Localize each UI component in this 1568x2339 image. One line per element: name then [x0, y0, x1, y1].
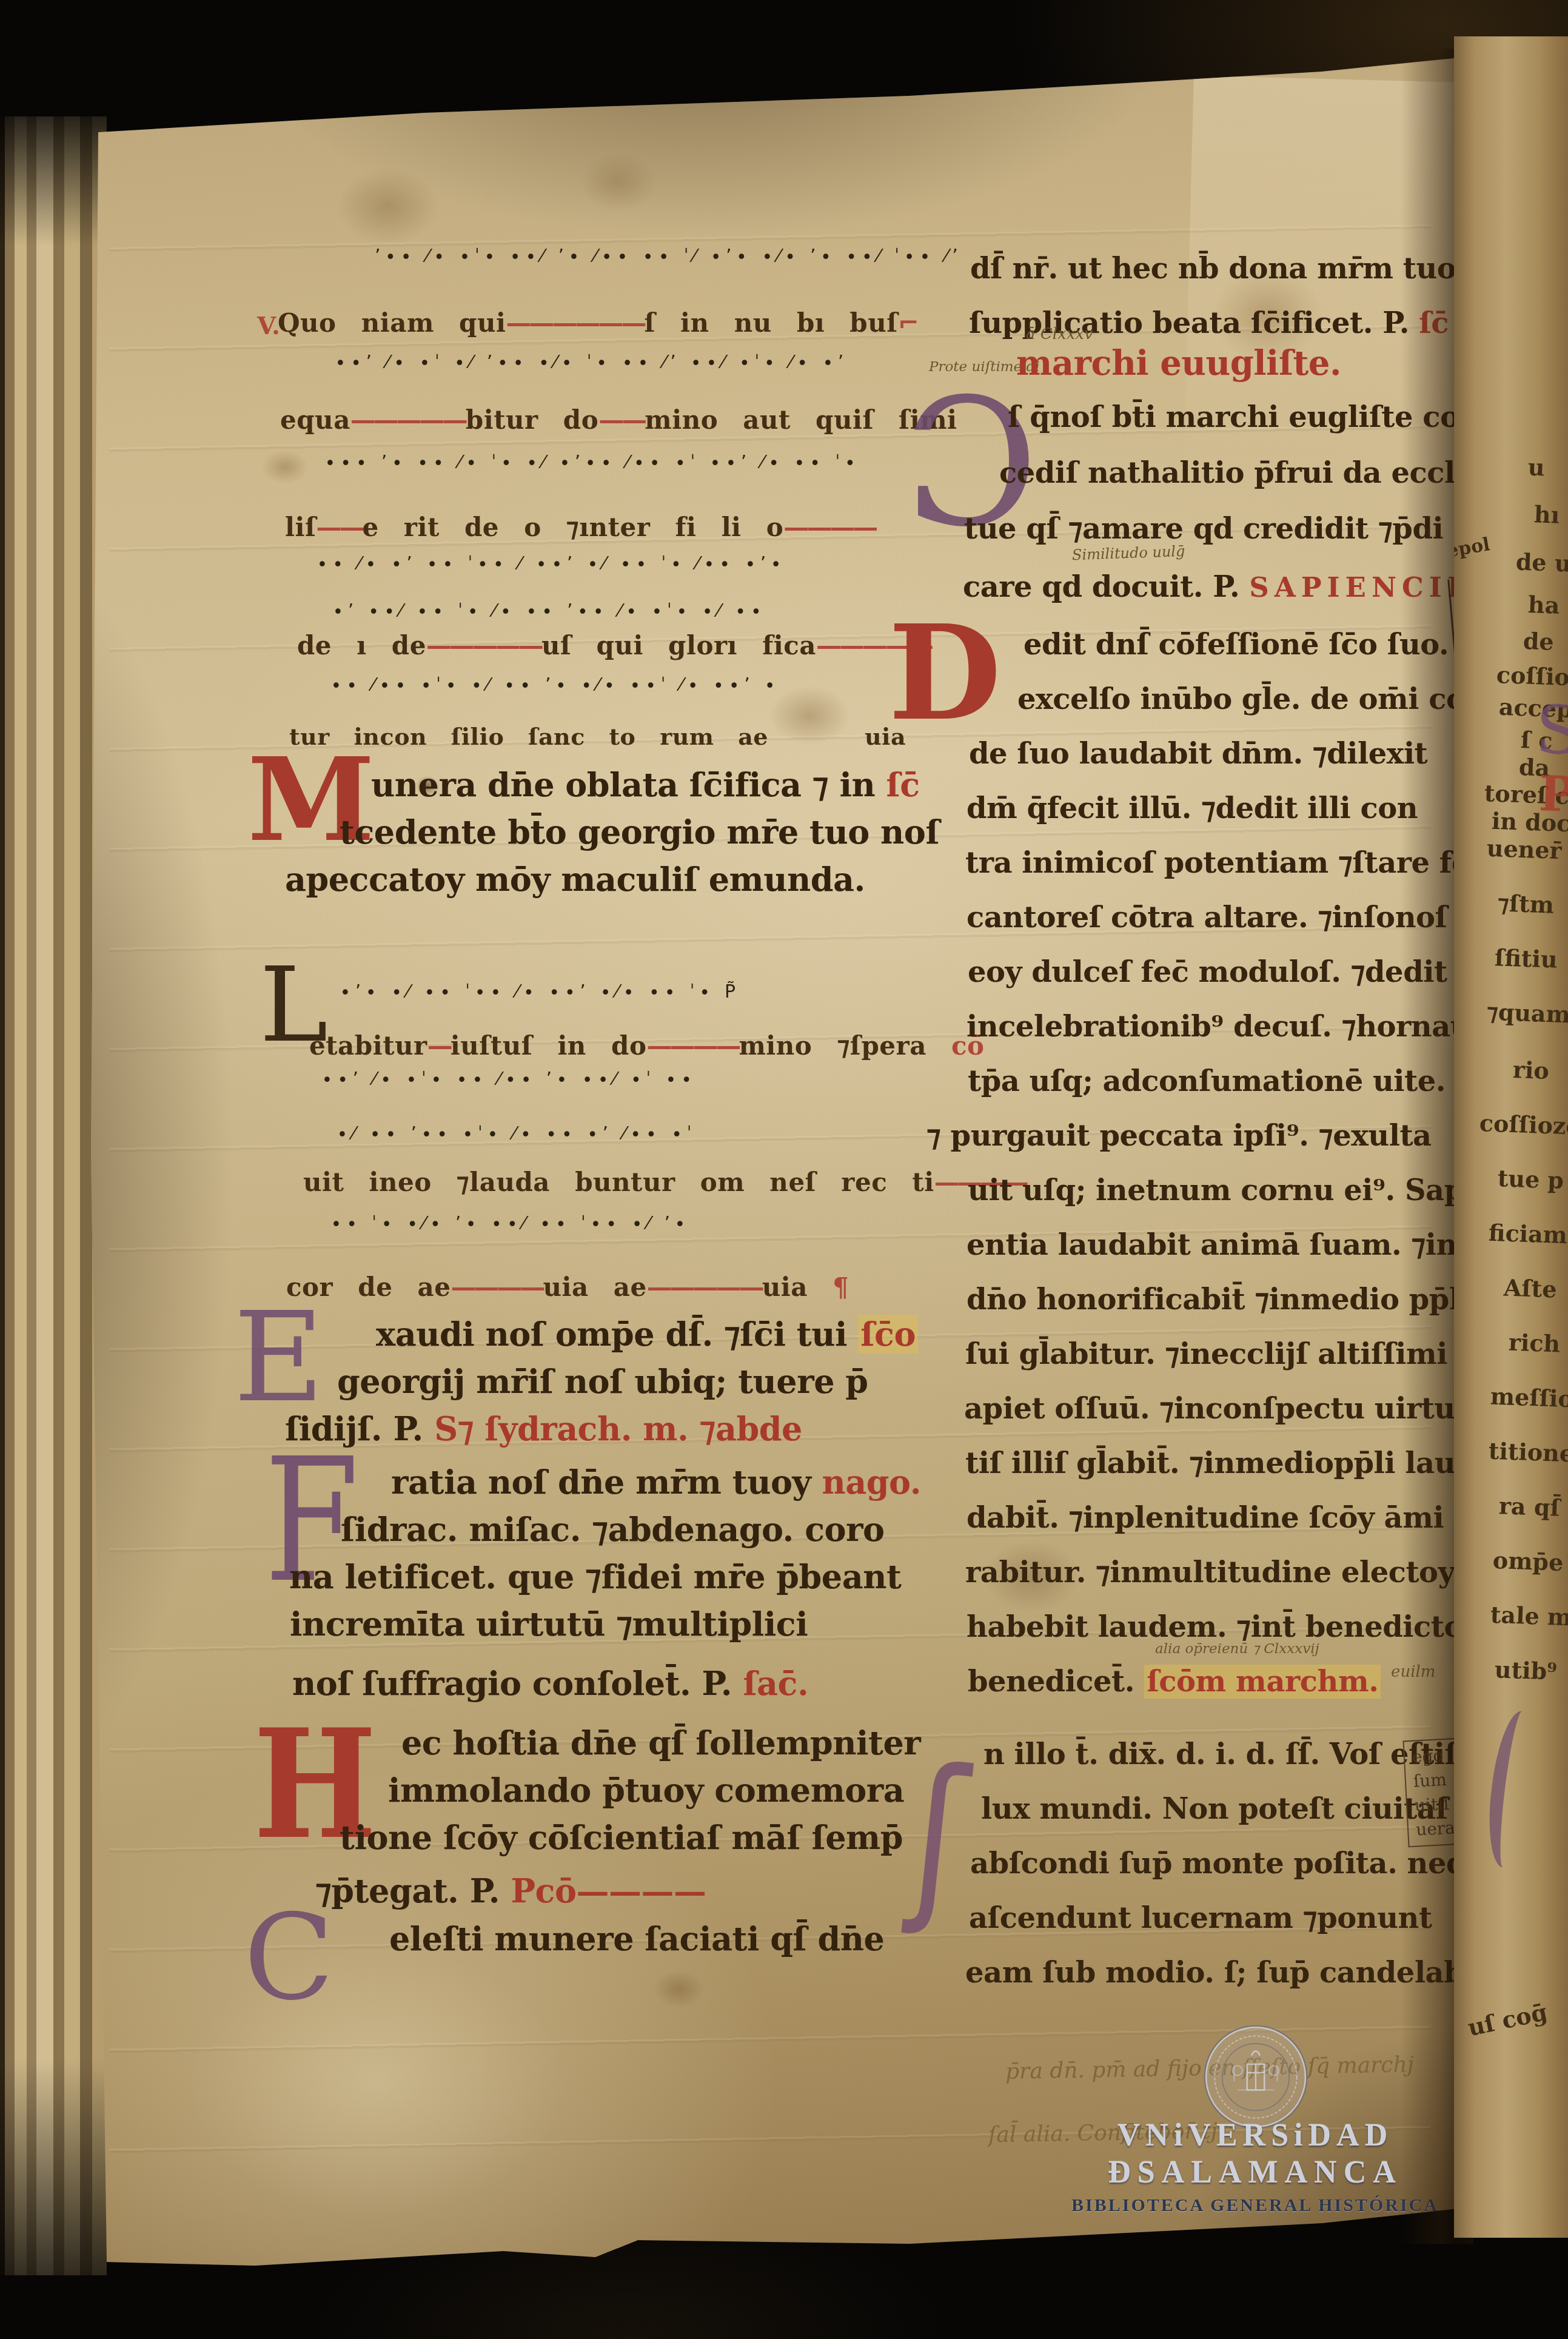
red-filler: —— — [598, 405, 645, 435]
red-filler: —————— — [506, 308, 644, 338]
lesson-line: eoy dulceſ fec̄ moduloſ. ⁊dedit — [968, 955, 1447, 989]
folio-initial-s: S — [1534, 691, 1568, 770]
chant-lyric-line: equa—————bitur do——mino aut quiſ ſimi — [280, 405, 957, 435]
folio-fragment: ⁊ſtm — [1497, 889, 1555, 918]
neume-line: ∙∙ʼ ⁄∙ ∙ˈ ∙⁄ ʼ∙∙ ∙⁄∙ ˈ∙ ∙∙ ⁄ʼ ∙∙⁄ ∙ˈ∙ ⁄∙… — [335, 352, 848, 373]
neume-line: ʼ∙∙ ⁄∙ ∙ˈ∙ ∙∙⁄ ʼ∙ ⁄∙∙ ∙∙ ˈ⁄ ∙ʼ∙ ∙⁄∙ ʼ∙ ∙… — [375, 246, 962, 267]
red-filler: ———— — [783, 512, 876, 542]
folio-fragment: hı — [1533, 500, 1560, 528]
lesson-line: benedicet̄. ſcōm marchm. — [968, 1665, 1381, 1699]
lesson-line: habebit laudem. ⁊int̄ benedictoſ — [967, 1610, 1475, 1644]
neume-line: ∙ʼ ∙∙⁄ ∙∙ ˈ∙ ⁄∙ ∙∙ ʼ∙∙ ⁄∙ ∙ˈ∙ ∙⁄ ∙∙ — [332, 600, 766, 622]
prayer-line: tcedente bt̄o georgio mr̄e tuo noſ — [340, 813, 939, 851]
initial-e: E — [233, 1310, 324, 1407]
red-filler: —— — [316, 512, 362, 542]
prayer-line: ⁊p̄tegat. P. Pcō———— — [315, 1871, 706, 1910]
gospel-line: lux mundi. Non poteſt ciuitaſ — [981, 1792, 1448, 1826]
folio-fragment: utib⁹ — [1494, 1656, 1557, 1685]
lesson-line: dn̄o honorificabit̄ ⁊inmedio pp̄li — [967, 1283, 1470, 1317]
prayer-line: tue qſ̄ ⁊amare qd credidit ⁊p̄di — [964, 512, 1443, 546]
stamp-library-line: BIBLIOTECA GENERAL HISTÓRICA — [1067, 2195, 1443, 2216]
lesson-line: rabitur. ⁊inmultitudine electoy — [965, 1555, 1455, 1589]
folio-fragment: de u — [1515, 548, 1568, 577]
prayer-line: immolando p̄tuoy comemora — [388, 1771, 904, 1810]
prayer-text: ratia noſ dn̄e mr̄m tuoy — [391, 1463, 811, 1502]
rubric: S⁊ ſydrach. m. ⁊abde — [434, 1409, 802, 1448]
chant-lyric-line: tur incon ſilio ſanc to rum ae uia — [289, 723, 906, 750]
lyric-text: etabitur — [309, 1031, 427, 1061]
folio-initial-flourish — [1482, 1708, 1536, 1869]
rubric: ſc̄ — [886, 765, 920, 804]
lesson-line: dm̄ q̄fecit illū. ⁊dedit illi con — [967, 791, 1418, 825]
prayer-text: ⁊p̄tegat. P. — [315, 1871, 500, 1910]
folio-fragment: meſſio — [1490, 1383, 1568, 1413]
prayer-line: ratia noſ dn̄e mr̄m tuoy nago. — [391, 1463, 921, 1502]
gospel-line: aſcendunt lucernam ⁊ponunt — [969, 1901, 1432, 1935]
folio-fragment: ra qſ̄ — [1498, 1492, 1560, 1521]
lyric-text: uia — [762, 1272, 808, 1302]
red-filler: ⌐ — [898, 308, 917, 338]
rubric: ¶ — [833, 1272, 849, 1302]
red-filler: ————— — [426, 631, 541, 660]
prayer-line: care qd docuit. P. SAPIENCIE — [963, 570, 1473, 604]
university-seal-icon — [1202, 2023, 1310, 2131]
lyric-text: uit ineo ⁊lauda buntur om neſ rec ti — [303, 1167, 934, 1197]
red-filler: — — [427, 1031, 451, 1061]
lyric-text: uia ae — [543, 1272, 646, 1302]
folio-fragment: ficiam — [1488, 1219, 1568, 1249]
prayer-line: ſidijſ. P. S⁊ ſydrach. m. ⁊abde — [285, 1409, 802, 1448]
lyric-text: uſ qui glorı fica — [541, 631, 816, 660]
neume-line: ∙⁄ ∙∙ ʼ∙∙ ∙ˈ∙ ⁄∙ ∙∙ ∙ʼ ⁄∙∙ ∙ˈ — [337, 1123, 696, 1144]
prayer-line: incremīta uirtutū ⁊multiplici — [290, 1605, 808, 1643]
lyric-text: Quo niam qui — [278, 308, 506, 338]
lyric-text: liſ — [285, 512, 316, 542]
initial-d: D — [888, 622, 1001, 724]
prayer-text: care qd docuit. P. — [963, 570, 1239, 604]
manuscript-photo: ʼ∙∙ ⁄∙ ∙ˈ∙ ∙∙⁄ ʼ∙ ⁄∙∙ ∙∙ ˈ⁄ ∙ʼ∙ ∙⁄∙ ʼ∙ ∙… — [0, 0, 1568, 2339]
next-folio-edge: epol u hı de u ha de coſſio accep ſ c da… — [1454, 36, 1568, 2238]
prayer-line: dſ̄ nr̄. ut hec nb̄ dona mr̄m tuoy — [970, 252, 1473, 286]
prayer-text: unera dn̄e oblata ſc̄ifica ⁊ in — [371, 765, 875, 804]
red-filler: ————— — [647, 1272, 762, 1302]
rubric: Pcō———— — [511, 1871, 706, 1910]
versus-mark: V. — [257, 312, 280, 340]
lesson-line: ⁊ purgauit peccata ipſi⁹. ⁊exulta — [926, 1119, 1432, 1153]
red-filler: ———— — [451, 1272, 543, 1302]
neume-line: ∙∙ ˈ∙ ∙⁄∙ ʼ∙ ∙∙⁄ ∙∙ ˈ∙∙ ∙⁄ ʼ∙ — [330, 1213, 690, 1234]
lesson-text: benedicet̄. — [968, 1665, 1134, 1699]
folio-fragment: uſ coḡ — [1466, 1998, 1550, 2042]
folio-fragment: rio — [1512, 1056, 1549, 1084]
prayer-line: tione ſcōy cōſcientiaſ māſ ſemp̄ — [340, 1818, 903, 1857]
red-filler: ———— — [646, 1031, 739, 1061]
prayer-text: xaudi noſ omp̄e dſ̄. ⁊ſc̄i tui — [376, 1315, 847, 1354]
lesson-line: cantoreſ cōtra altare. ⁊inſonoſ — [967, 901, 1447, 935]
red-filler: ————— — [350, 405, 466, 435]
lesson-line: ſui gl̄abitur. ⁊inecclijſ altiſſimi — [965, 1337, 1447, 1371]
folio-fragment: titione — [1488, 1437, 1568, 1468]
neume-line: ∙∙ ⁄∙∙ ∙ˈ∙ ∙⁄ ∙∙ ʼ∙ ∙⁄∙ ∙∙ˈ ⁄∙ ∙∙ʼ ∙ — [330, 674, 780, 696]
stamp-university-line: VNiVERSiDAD — [1067, 2118, 1443, 2153]
rubric: ſc̄o — [858, 1315, 918, 1354]
folio-fragment: de — [1523, 627, 1554, 656]
marginal-cursive: alia op̄reienū ⁊ Clxxxvij — [1155, 1641, 1319, 1657]
folio-fragment: tue p — [1497, 1164, 1564, 1194]
book-page-edges — [0, 116, 107, 2275]
lesson-line: apiet oſſuū. ⁊inconſpectu uirtu — [964, 1392, 1455, 1426]
prayer-line: unera dn̄e oblata ſc̄ifica ⁊ in ſc̄ — [371, 765, 920, 804]
chant-lyric-line: cor de ae————uia ae—————uia ¶ — [286, 1272, 849, 1302]
prayer-line: na letificet. que ⁊fidei mr̄e p̄beant — [289, 1557, 901, 1596]
lyric-text: bitur do — [466, 405, 598, 435]
neume-line: ∙∙∙ ʼ∙ ∙∙ ⁄∙ ˈ∙ ∙⁄ ∙ʼ∙∙ ⁄∙∙ ∙ˈ ∙∙ʼ ⁄∙ ∙∙… — [324, 452, 860, 473]
prayer-line: xaudi noſ omp̄e dſ̄. ⁊ſc̄i tui ſc̄o — [376, 1315, 918, 1354]
rubric: nago. — [822, 1463, 921, 1502]
lyric-text: mino ⁊ſpera — [739, 1031, 926, 1061]
chant-lyric-line: uit ineo ⁊lauda buntur om neſ rec ti———— — [303, 1167, 1027, 1197]
neume-line: ∙∙ʼ ⁄∙ ∙ˈ∙ ∙∙ ⁄∙∙ ʼ∙ ∙∙⁄ ∙ˈ ∙∙ — [321, 1069, 697, 1090]
lesson-line: tiſ illiſ gl̄abit̄. ⁊inmediopp̄li lau — [965, 1446, 1455, 1480]
lyric-text: e rit de o ⁊ınter fi li o — [362, 512, 783, 542]
lesson-line: dabit̄. ⁊inplenitudine ſcōy āmi — [967, 1501, 1444, 1535]
folio-fragment: coſſio — [1496, 661, 1568, 691]
folio-fragment: ha — [1527, 591, 1560, 619]
stamp-university-line: ÐSALAMANCA — [1067, 2155, 1443, 2190]
prayer-line: eleſti munere ſaciati qſ̄ dn̄e — [389, 1919, 884, 1958]
parchment-page: ʼ∙∙ ⁄∙ ∙ˈ∙ ∙∙⁄ ʼ∙ ⁄∙∙ ∙∙ ˈ⁄ ∙ʼ∙ ∙⁄∙ ʼ∙ ∙… — [0, 0, 1568, 2339]
gospel-line: n illo t̄. dix̄. d. i. d. ſſ̄. Voſ eſtiſ — [983, 1737, 1457, 1771]
folio-fragment: uener̄ — [1486, 834, 1562, 864]
rubric: ſac̄. — [743, 1664, 808, 1703]
folio-fragment: u — [1527, 454, 1545, 482]
folio-fragment: coſſioze — [1479, 1109, 1568, 1140]
folio-fragment: ſfitiu — [1494, 944, 1558, 973]
lesson-line: tp̄a uſq; adconſumationē uite. — [968, 1064, 1446, 1098]
folio-fragment: ⁊quam — [1486, 998, 1568, 1029]
lesson-line: uit uſq; inetnum cornu ei⁹. Sapi — [968, 1173, 1475, 1207]
folio-fragment: rich — [1508, 1329, 1561, 1358]
folio-fragment: epol — [1454, 534, 1492, 562]
prayer-line: ec hoſtia dn̄e qſ̄ ſollempniter — [401, 1723, 920, 1762]
lyric-text: equa — [280, 405, 350, 435]
prayer-line: ſidrac. miſac. ⁊abdenago. coro — [341, 1510, 885, 1549]
chant-lyric-line: liſ——e rit de o ⁊ınter fi li o———— — [285, 512, 876, 542]
neume-line: ∙∙ ⁄∙ ∙ʼ ∙∙ ˈ∙∙ ⁄ ∙∙ʼ ∙⁄ ∙∙ ˈ∙ ⁄∙∙ ∙ʼ∙ — [317, 553, 786, 574]
neume-line: ∙ʼ∙ ∙⁄ ∙∙ ˈ∙∙ ⁄∙ ∙∙ʼ ∙⁄∙ ∙∙ ˈ∙ P̃ — [340, 981, 740, 1002]
folio-fragment: tale m — [1490, 1601, 1568, 1631]
initial-c: C — [244, 1911, 334, 2004]
prayer-line: apeccatoy mōy maculiſ emunda. — [285, 860, 865, 899]
lesson-line: entia laudabit animā ſuam. ⁊in — [967, 1228, 1457, 1262]
chant-lyric-line: etabitur—iuſtuſ in do————mino ⁊ſpera cō — [309, 1031, 985, 1061]
gospel-rubric: ſcōm marchm. — [1144, 1665, 1381, 1699]
marginal-cursive: ā Clxxxv — [1026, 325, 1093, 343]
folio-initial-p: P — [1538, 765, 1568, 823]
folio-fragment: omp̄e — [1492, 1546, 1564, 1576]
lyric-text: ſ in nu bı buſ — [644, 308, 897, 338]
feast-rubric: marchi euugliſte. — [1016, 343, 1341, 383]
lyric-text: de ı de — [297, 631, 426, 660]
chant-lyric-line: Quo niam qui——————ſ in nu bı buſ⌐ — [278, 308, 917, 338]
folio-fragment: Aſte — [1503, 1274, 1557, 1303]
lesson-line: de ſuo laudabit dn̄m. ⁊dilexit — [969, 737, 1427, 771]
prayer-line: georgij mr̄iſ noſ ubiq; tuere p̄ — [337, 1362, 868, 1401]
lyric-text: iuſtuſ in do — [451, 1031, 647, 1061]
chant-lyric-line: de ı de—————uſ qui glorı fica————— — [297, 631, 931, 660]
